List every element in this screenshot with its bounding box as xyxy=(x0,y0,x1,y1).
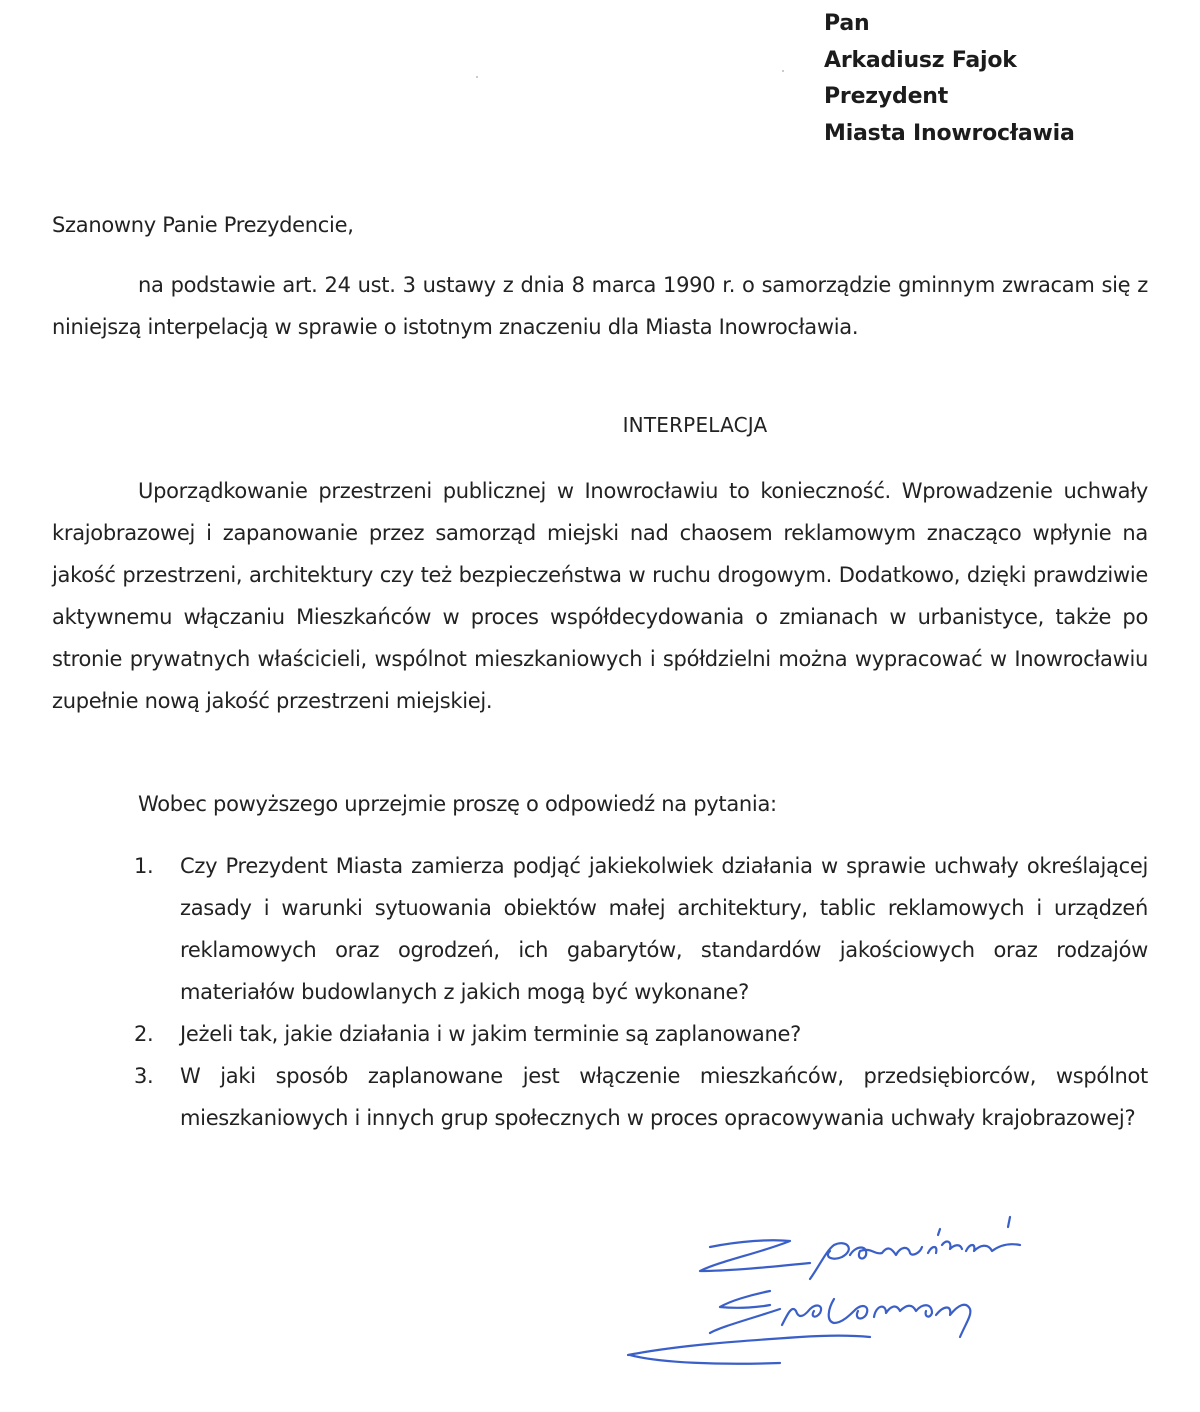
question-text: Czy Prezydent Miasta zamierza podjąć jak… xyxy=(180,854,1148,1004)
main-paragraph: Uporządkowanie przestrzeni publicznej w … xyxy=(52,470,1148,722)
intro-paragraph: na podstawie art. 24 ust. 3 ustawy z dni… xyxy=(52,264,1148,348)
question-number: 2. xyxy=(134,1013,153,1055)
question-item: 3. W jaki sposób zaplanowane jest włącze… xyxy=(134,1055,1148,1139)
addressee-position: Prezydent xyxy=(824,79,1075,116)
handwritten-signature xyxy=(620,1205,1090,1385)
question-number: 1. xyxy=(134,845,153,887)
document-heading: INTERPELACJA xyxy=(52,413,1200,437)
addressee-city: Miasta Inowrocławia xyxy=(824,116,1075,153)
question-text: Jeżeli tak, jakie działania i w jakim te… xyxy=(180,1022,801,1046)
salutation: Szanowny Panie Prezydencie, xyxy=(52,208,1148,242)
question-item: 2. Jeżeli tak, jakie działania i w jakim… xyxy=(134,1013,1148,1055)
addressee-title: Pan xyxy=(824,6,1075,43)
intro-text: na podstawie art. 24 ust. 3 ustawy z dni… xyxy=(52,273,1148,339)
addressee-block: Pan Arkadiusz Fajok Prezydent Miasta Ino… xyxy=(824,6,1075,152)
question-number: 3. xyxy=(134,1055,153,1097)
signature-icon xyxy=(620,1205,1090,1385)
question-item: 1. Czy Prezydent Miasta zamierza podjąć … xyxy=(134,845,1148,1013)
main-paragraph-text: Uporządkowanie przestrzeni publicznej w … xyxy=(52,479,1148,713)
questions-lead: Wobec powyższego uprzejmie proszę o odpo… xyxy=(138,784,1148,824)
question-text: W jaki sposób zaplanowane jest włączenie… xyxy=(180,1064,1148,1130)
addressee-name: Arkadiusz Fajok xyxy=(824,43,1075,80)
questions-list: 1. Czy Prezydent Miasta zamierza podjąć … xyxy=(134,845,1148,1139)
